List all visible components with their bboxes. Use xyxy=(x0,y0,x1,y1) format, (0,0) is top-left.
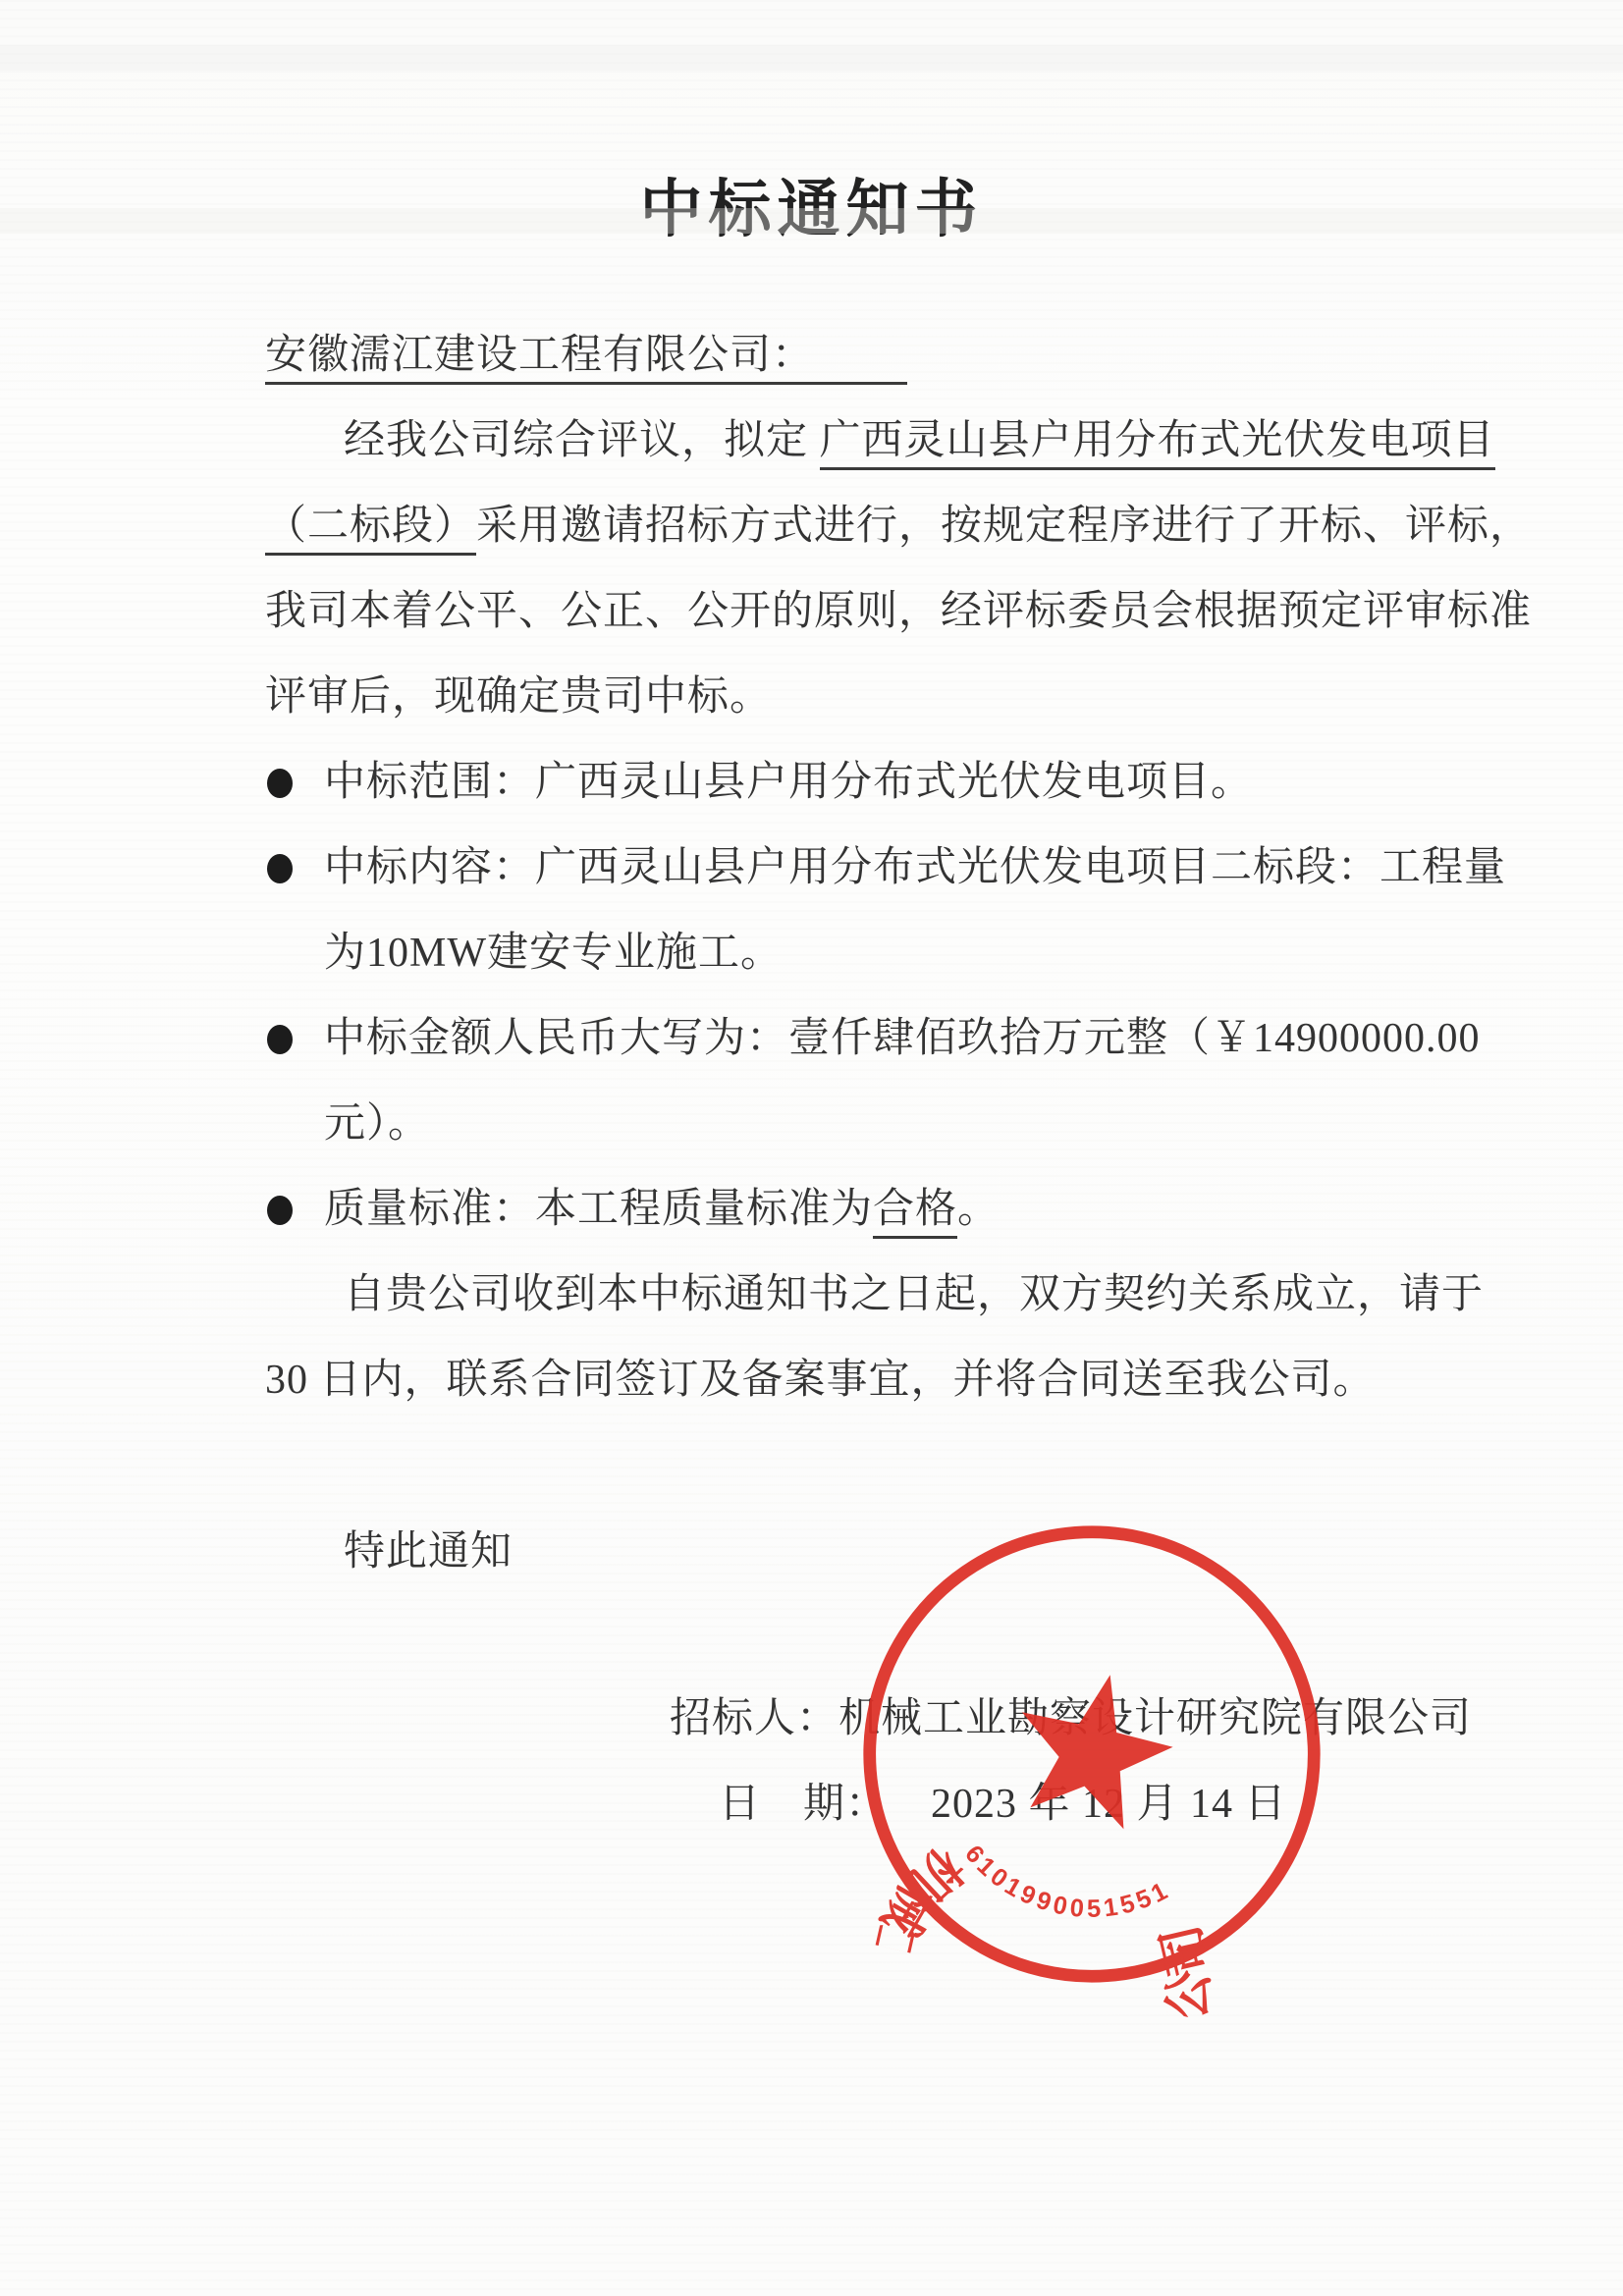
text-segment: 采用邀请招标方式进行，按规定程序进行了开标、评标， xyxy=(476,504,1532,549)
doc-line-bullet: 中标内容：广西灵山县户用分布式光伏发电项目二标段：工程量 xyxy=(265,826,1448,911)
text-segment: 广西灵山县户用分布式光伏发电项目 xyxy=(820,418,1495,470)
text-segment: 。 xyxy=(957,1187,1000,1232)
text-segment: 自贵公司收到本中标通知书之日起，双方契约关系成立，请于 xyxy=(344,1272,1484,1317)
doc-line-p: 我司本着公平、公正、公开的原则，经评标委员会根据预定评审标准 xyxy=(265,569,1448,655)
bullet-icon xyxy=(267,769,293,798)
text-segment: 我司本着公平、公正、公开的原则，经评标委员会根据预定评审标准 xyxy=(265,589,1532,634)
bullet-icon xyxy=(267,1196,293,1225)
text-segment: 中标金额人民币大写为：壹仟肆佰玖拾万元整（￥14900000.00 xyxy=(324,1016,1481,1061)
bullet-text: 中标金额人民币大写为：壹仟肆佰玖拾万元整（￥14900000.00 xyxy=(324,996,1481,1082)
doc-line-bullet-cont: 为10MW建安专业施工。 xyxy=(265,911,1448,996)
bullet-text: 质量标准：本工程质量标准为合格。 xyxy=(324,1167,1000,1253)
doc-line-bullet: 中标金额人民币大写为：壹仟肆佰玖拾万元整（￥14900000.00 xyxy=(265,996,1448,1082)
text-segment: 安徽濡江建设工程有限公司： xyxy=(265,333,907,385)
text-segment: 特此通知 xyxy=(344,1529,513,1575)
doc-line-bullet-cont: 元）。 xyxy=(265,1082,1448,1167)
doc-line-bullet: 中标范围：广西灵山县户用分布式光伏发电项目。 xyxy=(265,740,1448,826)
text-segment: 为10MW建安专业施工。 xyxy=(324,931,783,976)
doc-line-p-indent: 自贵公司收到本中标通知书之日起，双方契约关系成立，请于 xyxy=(265,1253,1448,1338)
doc-line-recipient: 安徽濡江建设工程有限公司： xyxy=(265,313,1448,399)
doc-line-p: 30 日内，联系合同签订及备案事宜，并将合同送至我公司。 xyxy=(265,1338,1448,1423)
doc-line-p: （二标段）采用邀请招标方式进行，按规定程序进行了开标、评标， xyxy=(265,484,1448,569)
scan-artifact-band xyxy=(0,45,1623,71)
doc-line-notice: 特此通知 xyxy=(265,1510,1448,1595)
text-segment: 机械工业勘察设计研究院有限公司 xyxy=(839,1696,1472,1741)
doc-line-p: 评审后，现确定贵司中标。 xyxy=(265,655,1448,740)
doc-line-footer-date: 日 期：2023 年 12 月 14 日 xyxy=(265,1762,1448,1847)
doc-line-p-indent: 经我公司综合评议，拟定 广西灵山县户用分布式光伏发电项目 xyxy=(265,399,1448,484)
bullet-icon xyxy=(267,1025,293,1054)
text-segment: 2023 年 12 月 14 日 xyxy=(931,1782,1287,1827)
seal-ring-text: 机械工业勘察设计研究院有限公司 xyxy=(825,1828,1241,2036)
bullet-text: 中标范围：广西灵山县户用分布式光伏发电项目。 xyxy=(324,740,1253,826)
doc-line-bullet: 质量标准：本工程质量标准为合格。 xyxy=(265,1167,1448,1253)
text-segment: 30 日内，联系合同签订及备案事宜，并将合同送至我公司。 xyxy=(265,1358,1376,1403)
text-segment: 元）。 xyxy=(324,1101,430,1147)
bullet-icon xyxy=(267,854,293,883)
text-segment: 评审后，现确定贵司中标。 xyxy=(265,674,772,720)
text-segment: 中标范围：广西灵山县户用分布式光伏发电项目。 xyxy=(324,760,1253,805)
text-segment: 日 期： xyxy=(719,1782,888,1827)
document-body: 安徽濡江建设工程有限公司：经我公司综合评议，拟定 广西灵山县户用分布式光伏发电项… xyxy=(265,313,1448,1847)
text-segment: 中标内容：广西灵山县户用分布式光伏发电项目二标段：工程量 xyxy=(324,845,1506,890)
text-segment: 招标人： xyxy=(670,1696,839,1741)
bullet-text: 中标内容：广西灵山县户用分布式光伏发电项目二标段：工程量 xyxy=(324,826,1506,911)
doc-line-footer-bidder: 招标人：机械工业勘察设计研究院有限公司 xyxy=(265,1677,1448,1762)
text-segment: 经我公司综合评议，拟定 xyxy=(344,418,820,463)
document-page: 中标通知书 安徽濡江建设工程有限公司：经我公司综合评议，拟定 广西灵山县户用分布… xyxy=(0,0,1623,2296)
text-segment: （二标段） xyxy=(265,504,476,556)
text-segment: 质量标准：本工程质量标准为 xyxy=(324,1187,873,1232)
text-segment: 合格 xyxy=(873,1187,957,1239)
scan-artifact-band xyxy=(0,208,1623,234)
